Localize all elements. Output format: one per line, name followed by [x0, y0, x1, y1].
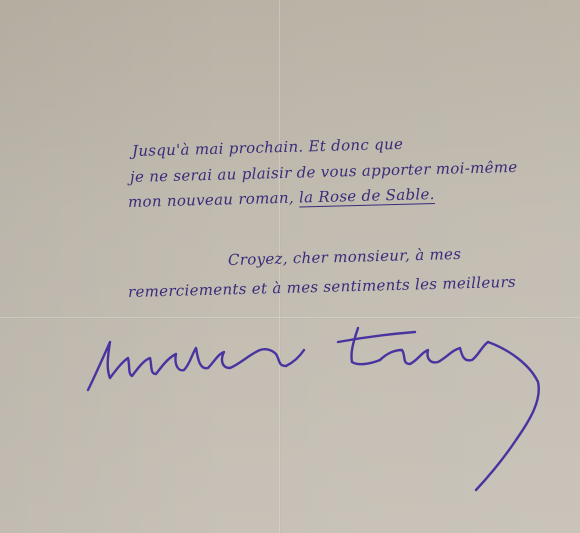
book-title: la Rose de Sable. [299, 185, 435, 207]
horizontal-fold-line [0, 317, 580, 319]
